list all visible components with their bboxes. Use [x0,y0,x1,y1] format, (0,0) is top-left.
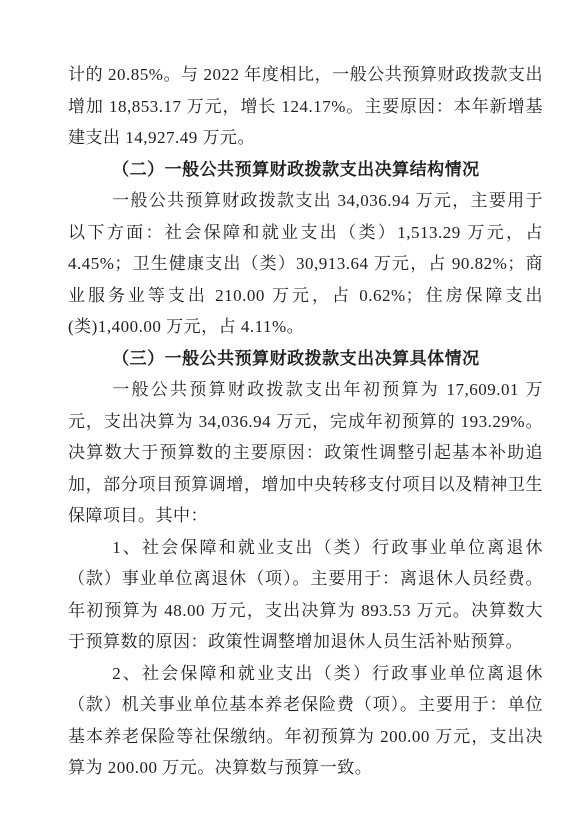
section-heading-structure: （二）一般公共预算财政拨款支出决算结构情况 [68,154,543,186]
paragraph-budget-vs-final: 一般公共预算财政拨款支出年初预算为 17,609.01 万元，支出决算为 34,… [68,374,543,532]
paragraph-expenditure-structure: 一般公共预算财政拨款支出 34,036.94 万元，主要用于以下方面：社会保障和… [68,185,543,343]
section-heading-details: （三）一般公共预算财政拨款支出决算具体情况 [68,343,543,375]
paragraph-continuation-expenditure-change: 计的 20.85%。与 2022 年度相比，一般公共预算财政拨款支出增加 18,… [68,59,543,154]
document-page: 计的 20.85%。与 2022 年度相比，一般公共预算财政拨款支出增加 18,… [0,0,584,816]
paragraph-item-2-pension-insurance: 2、社会保障和就业支出（类）行政事业单位离退休（款）机关事业单位基本养老保险费（… [68,658,543,784]
paragraph-item-1-retirement: 1、社会保障和就业支出（类）行政事业单位离退休（款）事业单位离退休（项）。主要用… [68,532,543,658]
